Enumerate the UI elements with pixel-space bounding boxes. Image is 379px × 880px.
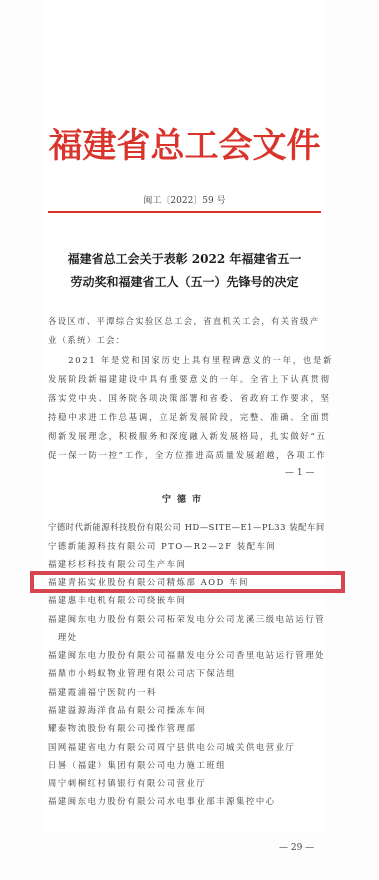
decision-title-line-1: 福建省总工会关于表彰 2022 年福建省五一 xyxy=(43,250,326,267)
document-number: 闽工〔2022〕59 号 xyxy=(43,193,326,206)
salutation-line-2: 业（系统）工会： xyxy=(48,334,126,346)
body-paragraph-line: 落实党中央、国务院各项决策部署和省委、省政府工作要求，坚 xyxy=(48,392,331,404)
list-item: 福建闽东电力股份有限公司柘荣发电分公司龙溪三级电站运行管 xyxy=(48,613,325,625)
list-item: 福建溢源海洋食品有限公司操冻车间 xyxy=(48,704,206,716)
document-page-29: — 1 — 宁德市 宁德时代新能源科技股份有限公司 HD—SITE—E1—PL3… xyxy=(43,462,326,832)
list-item: 日晷（福建）集团有限公司电力施工班组 xyxy=(48,759,226,771)
region-heading: 宁德市 xyxy=(43,492,326,505)
list-item: 福建闽东电力股份有限公司水电事业部丰源集控中心 xyxy=(48,795,276,807)
body-paragraph-line: 彻新发展理念，积极服务和深度融入新发展格局，扎实做好“五 xyxy=(48,430,327,442)
highlight-box xyxy=(30,571,345,593)
page-number-top: — 1 — xyxy=(285,468,314,478)
list-item: 宁德新能源科技有限公司 PTO—R2—2F 装配车间 xyxy=(48,540,276,552)
page-number-bottom: — 29 — xyxy=(279,843,314,853)
list-item: 福建闽东电力股份有限公司福鼎发电分公司香里电站运行管理处 xyxy=(48,649,325,661)
list-item: 宁德时代新能源科技股份有限公司 HD—SITE—E1—PL33 装配车间 xyxy=(48,521,325,533)
body-paragraph-line: 2021 年是党和国家历史上具有里程碑意义的一年，也是新 xyxy=(48,354,333,366)
list-item: 理处 xyxy=(48,631,78,643)
salutation-line-1: 各设区市、平潭综合实验区总工会，省直机关工会，有关省级产 xyxy=(48,315,320,327)
body-paragraph-line: 促一保一防一控”工作，全方位推进高质量发展超越，各项工作 xyxy=(48,449,327,461)
list-item: 福建惠丰电机有限公司绕嵌车间 xyxy=(48,594,187,606)
body-paragraph-line: 持稳中求进工作总基调，立足新发展阶段，完整、准确、全面贯 xyxy=(48,411,331,423)
list-item: 耀泰物流股份有限公司操作管理部 xyxy=(48,722,196,734)
list-item: 福鼎市小蚂蚁物业管理有限公司店下保洁组 xyxy=(48,667,236,679)
document-page-1: 福建省总工会文件 闽工〔2022〕59 号 福建省总工会关于表彰 2022 年福… xyxy=(43,0,326,462)
list-item: 周宁刺桐红村镇银行有限公司营业厅 xyxy=(48,777,206,789)
red-divider-rule xyxy=(48,211,321,213)
list-item: 福建杉杉科技有限公司生产车间 xyxy=(48,558,187,570)
decision-title-line-2: 劳动奖和福建省工人（五一）先锋号的决定 xyxy=(43,273,326,290)
list-item: 国网福建省电力有限公司周宁县供电公司城关供电营业厅 xyxy=(48,741,295,753)
document-header-title: 福建省总工会文件 xyxy=(43,118,326,167)
list-item: 福建霞浦福宁医院内一科 xyxy=(48,686,157,698)
body-paragraph-line: 发展阶段新福建建设中具有重要意义的一年。全省上下认真贯彻 xyxy=(48,373,331,385)
